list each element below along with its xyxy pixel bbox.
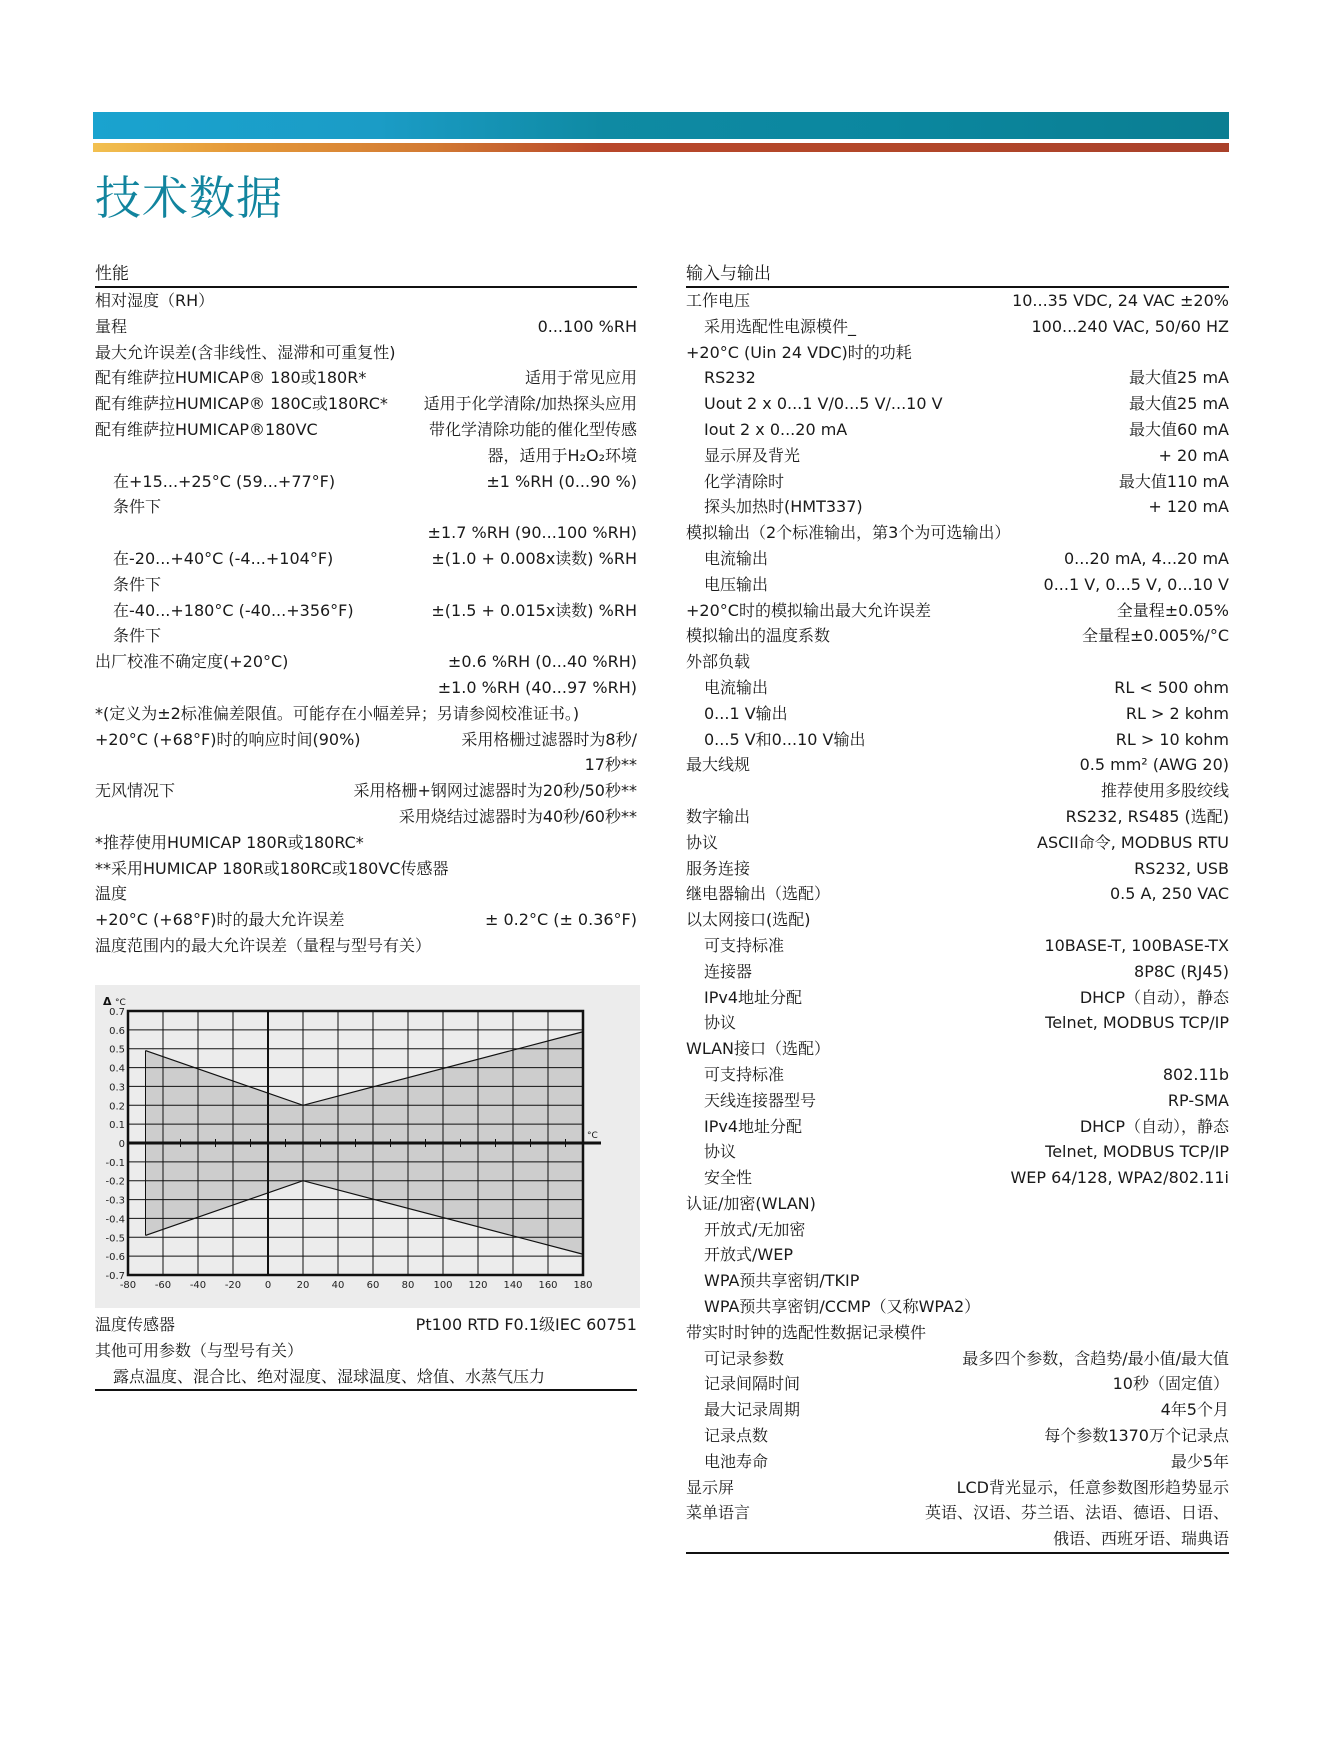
spec-value: RL < 500 ohm <box>1114 675 1229 701</box>
spec-label: 记录点数 <box>686 1423 768 1449</box>
spec-row: 可记录参数最多四个参数，含趋势/最小值/最大值 <box>686 1346 1229 1372</box>
spec-row: 配有维萨拉HUMICAP®180VC带化学清除功能的催化型传感 <box>95 417 637 443</box>
spec-label: 无风情况下 <box>95 778 175 804</box>
spec-row: 条件下 <box>95 494 637 520</box>
spec-label: 连接器 <box>686 959 752 985</box>
svg-text:-0.4: -0.4 <box>105 1214 125 1225</box>
spec-label: 配有维萨拉HUMICAP®180VC <box>95 417 318 443</box>
spec-value: 英语、汉语、芬兰语、法语、德语、日语、 <box>925 1500 1229 1526</box>
sensor-spec-block: 温度传感器Pt100 RTD F0.1级IEC 60751其他可用参数（与型号有… <box>95 1312 637 1391</box>
spec-value: 0...1 V, 0...5 V, 0...10 V <box>1044 572 1229 598</box>
spec-label: 菜单语言 <box>686 1500 750 1526</box>
svg-text:160: 160 <box>538 1280 557 1291</box>
spec-value: 0.5 mm² (AWG 20) <box>1080 752 1229 778</box>
spec-label: WLAN接口（选配） <box>686 1036 830 1062</box>
spec-label: 开放式/无加密 <box>686 1217 805 1243</box>
svg-text:80: 80 <box>402 1280 415 1291</box>
spec-row: 显示屏LCD背光显示，任意参数图形趋势显示 <box>686 1475 1229 1501</box>
spec-row: 17秒** <box>95 752 637 778</box>
spec-value: 最多四个参数，含趋势/最小值/最大值 <box>962 1346 1229 1372</box>
spec-label: 相对湿度（RH） <box>95 288 214 314</box>
spec-label: 配有维萨拉HUMICAP® 180C或180RC* <box>95 391 388 417</box>
io-spec-list: 工作电压10...35 VDC, 24 VAC ±20%采用选配性电源模件_10… <box>686 288 1229 1554</box>
section-title-performance: 性能 <box>95 262 637 288</box>
spec-label: 条件下 <box>95 494 161 520</box>
spec-value: WEP 64/128, WPA2/802.11i <box>1010 1165 1229 1191</box>
svg-text:°C: °C <box>115 998 126 1008</box>
spec-value: 0.5 A, 250 VAC <box>1110 881 1229 907</box>
svg-text:-0.1: -0.1 <box>105 1158 125 1169</box>
spec-label: 露点温度、混合比、绝对湿度、湿球温度、焓值、水蒸气压力 <box>95 1364 545 1390</box>
spec-label: 协议 <box>686 830 718 856</box>
spec-row: 采用烧结过滤器时为40秒/60秒** <box>95 804 637 830</box>
spec-row: 工作电压10...35 VDC, 24 VAC ±20% <box>686 288 1229 314</box>
temperature-accuracy-chart: 0.70.60.50.40.30.20.10-0.1-0.2-0.3-0.4-0… <box>95 985 640 1308</box>
spec-row: +20°C (Uin 24 VDC)时的功耗 <box>686 340 1229 366</box>
spec-value: 0...100 %RH <box>538 314 637 340</box>
spec-row: ±1.0 %RH (40...97 %RH) <box>95 675 637 701</box>
spec-label: 温度范围内的最大允许误差（量程与型号有关） <box>95 933 431 959</box>
spec-value: RS232, USB <box>1134 856 1229 882</box>
spec-label: 开放式/WEP <box>686 1242 793 1268</box>
spec-label: *推荐使用HUMICAP 180R或180RC* <box>95 830 364 856</box>
spec-label: 电流输出 <box>686 675 768 701</box>
spec-row: 带实时时钟的选配性数据记录模件 <box>686 1320 1229 1346</box>
spec-value: ±1 %RH (0...90 %) <box>486 469 637 495</box>
spec-value: 带化学清除功能的催化型传感 <box>429 417 637 443</box>
spec-value: 10秒（固定值） <box>1113 1371 1229 1397</box>
svg-text:-0.2: -0.2 <box>105 1177 125 1188</box>
svg-text:-0.5: -0.5 <box>105 1233 125 1244</box>
spec-row: 俄语、西班牙语、瑞典语 <box>686 1526 1229 1552</box>
spec-label: WPA预共享密钥/TKIP <box>686 1268 859 1294</box>
spec-row: 0...5 V和0...10 V输出RL > 10 kohm <box>686 727 1229 753</box>
svg-text:-0.6: -0.6 <box>105 1252 125 1263</box>
spec-value: 最大值110 mA <box>1119 469 1229 495</box>
svg-text:0.2: 0.2 <box>109 1101 125 1112</box>
spec-row: 在-40...+180°C (-40...+356°F)±(1.5 + 0.01… <box>95 598 637 624</box>
spec-row: 外部负载 <box>686 649 1229 675</box>
spec-label: 电压输出 <box>686 572 768 598</box>
spec-label: 最大记录周期 <box>686 1397 800 1423</box>
spec-label: 条件下 <box>95 572 161 598</box>
spec-row: 电流输出0...20 mA, 4...20 mA <box>686 546 1229 572</box>
spec-value: DHCP（自动），静态 <box>1080 985 1229 1011</box>
spec-label: 其他可用参数（与型号有关） <box>95 1338 303 1364</box>
spec-row: WPA预共享密钥/TKIP <box>686 1268 1229 1294</box>
spec-value: 推荐使用多股绞线 <box>1101 778 1229 804</box>
spec-row: 配有维萨拉HUMICAP® 180C或180RC*适用于化学清除/加热探头应用 <box>95 391 637 417</box>
svg-text:60: 60 <box>367 1280 380 1291</box>
spec-value: 最大值25 mA <box>1129 391 1229 417</box>
spec-value: 100...240 VAC, 50/60 HZ <box>1031 314 1229 340</box>
spec-label: 0...5 V和0...10 V输出 <box>686 727 865 753</box>
svg-text:0.3: 0.3 <box>109 1082 125 1093</box>
spec-value: Pt100 RTD F0.1级IEC 60751 <box>416 1312 637 1338</box>
accuracy-chart-svg: 0.70.60.50.40.30.20.10-0.1-0.2-0.3-0.4-0… <box>95 985 640 1308</box>
spec-row: 配有维萨拉HUMICAP® 180或180R*适用于常见应用 <box>95 365 637 391</box>
spec-row: 菜单语言英语、汉语、芬兰语、法语、德语、日语、 <box>686 1500 1229 1526</box>
spec-row: 条件下 <box>95 623 637 649</box>
spec-value: ± 0.2°C (± 0.36°F) <box>485 907 637 933</box>
performance-spec-list: 相对湿度（RH）量程0...100 %RH最大允许误差(含非线性、湿滞和可重复性… <box>95 288 637 959</box>
section-title-io: 输入与输出 <box>686 262 1229 288</box>
spec-row: 最大记录周期4年5个月 <box>686 1397 1229 1423</box>
spec-value: 全量程±0.005%/°C <box>1082 623 1229 649</box>
spec-row: WLAN接口（选配） <box>686 1036 1229 1062</box>
spec-value: 采用格栅+钢网过滤器时为20秒/50秒** <box>353 778 637 804</box>
spec-label: 继电器输出（选配） <box>686 881 830 907</box>
spec-label: **采用HUMICAP 180R或180RC或180VC传感器 <box>95 856 448 882</box>
spec-row: 电池寿命最少5年 <box>686 1449 1229 1475</box>
spec-row: 协议Telnet, MODBUS TCP/IP <box>686 1139 1229 1165</box>
spec-label: 服务连接 <box>686 856 750 882</box>
spec-label: 在-40...+180°C (-40...+356°F) <box>95 598 354 624</box>
spec-label: IPv4地址分配 <box>686 1114 802 1140</box>
spec-label: 配有维萨拉HUMICAP® 180或180R* <box>95 365 366 391</box>
spec-row: 化学清除时最大值110 mA <box>686 469 1229 495</box>
spec-label: +20°C (+68°F)时的响应时间(90%) <box>95 727 361 753</box>
header-band-teal <box>93 112 1229 139</box>
spec-row: 电流输出RL < 500 ohm <box>686 675 1229 701</box>
spec-row: 显示屏及背光+ 20 mA <box>686 443 1229 469</box>
spec-row: +20°C (+68°F)时的响应时间(90%)采用格栅过滤器时为8秒/ <box>95 727 637 753</box>
spec-label: 工作电压 <box>686 288 750 314</box>
spec-value: 采用格栅过滤器时为8秒/ <box>461 727 637 753</box>
spec-row: 连接器8P8C (RJ45) <box>686 959 1229 985</box>
spec-value: 每个参数1370万个记录点 <box>1044 1423 1229 1449</box>
spec-row: 协议ASCII命令, MODBUS RTU <box>686 830 1229 856</box>
spec-row: 继电器输出（选配）0.5 A, 250 VAC <box>686 881 1229 907</box>
spec-row: 数字输出RS232, RS485 (选配) <box>686 804 1229 830</box>
spec-label: 显示屏及背光 <box>686 443 800 469</box>
spec-row: IPv4地址分配DHCP（自动），静态 <box>686 985 1229 1011</box>
spec-label: 温度传感器 <box>95 1312 175 1338</box>
spec-value: + 120 mA <box>1148 494 1229 520</box>
spec-label: 模拟输出的温度系数 <box>686 623 830 649</box>
spec-value: 最大值60 mA <box>1129 417 1229 443</box>
spec-label: 化学清除时 <box>686 469 784 495</box>
spec-row: 条件下 <box>95 572 637 598</box>
spec-value: 全量程±0.05% <box>1117 598 1229 624</box>
spec-value: Telnet, MODBUS TCP/IP <box>1045 1139 1229 1165</box>
svg-text:-0.3: -0.3 <box>105 1196 125 1207</box>
spec-value: 最少5年 <box>1171 1449 1229 1475</box>
spec-row: 天线连接器型号RP-SMA <box>686 1088 1229 1114</box>
svg-text:0: 0 <box>119 1139 125 1150</box>
spec-row: 认证/加密(WLAN) <box>686 1191 1229 1217</box>
spec-label: 数字输出 <box>686 804 750 830</box>
spec-row: 采用选配性电源模件_100...240 VAC, 50/60 HZ <box>686 314 1229 340</box>
performance-column: 性能 相对湿度（RH）量程0...100 %RH最大允许误差(含非线性、湿滞和可… <box>95 262 637 959</box>
spec-row: 开放式/无加密 <box>686 1217 1229 1243</box>
spec-row: 露点温度、混合比、绝对湿度、湿球温度、焓值、水蒸气压力 <box>95 1364 637 1390</box>
spec-label: 模拟输出（2个标准输出，第3个为可选输出） <box>686 520 1010 546</box>
spec-label: 协议 <box>686 1010 736 1036</box>
spec-row: 推荐使用多股绞线 <box>686 778 1229 804</box>
spec-value: ±(1.0 + 0.008x读数) %RH <box>431 546 637 572</box>
spec-label: RS232 <box>686 365 756 391</box>
spec-label: 可支持标准 <box>686 1062 784 1088</box>
spec-label: IPv4地址分配 <box>686 985 802 1011</box>
spec-row: 探头加热时(HMT337)+ 120 mA <box>686 494 1229 520</box>
spec-label: Iout 2 x 0...20 mA <box>686 417 847 443</box>
spec-label: *(定义为±2标准偏差限值。可能存在小幅差异；另请参阅校准证书。) <box>95 701 579 727</box>
spec-value: ±(1.5 + 0.015x读数) %RH <box>431 598 637 624</box>
spec-value: 俄语、西班牙语、瑞典语 <box>1053 1526 1229 1552</box>
spec-label: 以太网接口(选配) <box>686 907 811 933</box>
spec-label: 电流输出 <box>686 546 768 572</box>
spec-label: 带实时时钟的选配性数据记录模件 <box>686 1320 926 1346</box>
spec-label: 记录间隔时间 <box>686 1371 800 1397</box>
spec-label: 显示屏 <box>686 1475 734 1501</box>
spec-row: **采用HUMICAP 180R或180RC或180VC传感器 <box>95 856 637 882</box>
spec-row: Uout 2 x 0...1 V/0...5 V/...10 V最大值25 mA <box>686 391 1229 417</box>
spec-value: Telnet, MODBUS TCP/IP <box>1045 1010 1229 1036</box>
spec-label: +20°C (+68°F)时的最大允许误差 <box>95 907 344 933</box>
spec-row: WPA预共享密钥/CCMP（又称WPA2） <box>686 1294 1229 1320</box>
spec-value: RS232, RS485 (选配) <box>1066 804 1229 830</box>
svg-text:140: 140 <box>503 1280 522 1291</box>
io-column: 输入与输出 工作电压10...35 VDC, 24 VAC ±20%采用选配性电… <box>686 262 1229 1554</box>
spec-value: 17秒** <box>585 752 637 778</box>
svg-text:0.7: 0.7 <box>109 1007 125 1018</box>
spec-row: 可支持标准802.11b <box>686 1062 1229 1088</box>
svg-text:Δ: Δ <box>103 995 112 1008</box>
page-title: 技术数据 <box>95 168 283 228</box>
svg-text:0.4: 0.4 <box>109 1064 125 1075</box>
spec-label: 温度 <box>95 881 127 907</box>
spec-row: 记录间隔时间10秒（固定值） <box>686 1371 1229 1397</box>
spec-label: 电池寿命 <box>686 1449 768 1475</box>
spec-row: +20°C (+68°F)时的最大允许误差± 0.2°C (± 0.36°F) <box>95 907 637 933</box>
spec-row: 温度传感器Pt100 RTD F0.1级IEC 60751 <box>95 1312 637 1338</box>
svg-text:40: 40 <box>332 1280 345 1291</box>
spec-row: 相对湿度（RH） <box>95 288 637 314</box>
spec-row: Iout 2 x 0...20 mA最大值60 mA <box>686 417 1229 443</box>
spec-value: 适用于化学清除/加热探头应用 <box>424 391 637 417</box>
spec-label: WPA预共享密钥/CCMP（又称WPA2） <box>686 1294 980 1320</box>
svg-text:-20: -20 <box>225 1280 241 1291</box>
spec-label: 可记录参数 <box>686 1346 784 1372</box>
spec-value: ±1.0 %RH (40...97 %RH) <box>438 675 637 701</box>
spec-row: 模拟输出（2个标准输出，第3个为可选输出） <box>686 520 1229 546</box>
spec-row: 温度范围内的最大允许误差（量程与型号有关） <box>95 933 637 959</box>
spec-row: 电压输出0...1 V, 0...5 V, 0...10 V <box>686 572 1229 598</box>
spec-row: 最大允许误差(含非线性、湿滞和可重复性) <box>95 340 637 366</box>
spec-row: *(定义为±2标准偏差限值。可能存在小幅差异；另请参阅校准证书。) <box>95 701 637 727</box>
spec-label: Uout 2 x 0...1 V/0...5 V/...10 V <box>686 391 943 417</box>
spec-row: *推荐使用HUMICAP 180R或180RC* <box>95 830 637 856</box>
spec-value: 10BASE-T, 100BASE-TX <box>1044 933 1229 959</box>
spec-label: 最大允许误差(含非线性、湿滞和可重复性) <box>95 340 396 366</box>
spec-row: 在-20...+40°C (-4...+104°F)±(1.0 + 0.008x… <box>95 546 637 572</box>
spec-label: +20°C (Uin 24 VDC)时的功耗 <box>686 340 912 366</box>
spec-value: RL > 2 kohm <box>1126 701 1229 727</box>
spec-value: RL > 10 kohm <box>1116 727 1229 753</box>
spec-value: 802.11b <box>1163 1062 1229 1088</box>
spec-label: 在-20...+40°C (-4...+104°F) <box>95 546 333 572</box>
svg-text:°C: °C <box>587 1131 598 1141</box>
svg-text:-60: -60 <box>155 1280 171 1291</box>
svg-text:100: 100 <box>433 1280 452 1291</box>
spec-value: + 20 mA <box>1159 443 1229 469</box>
svg-text:120: 120 <box>468 1280 487 1291</box>
svg-text:0.1: 0.1 <box>109 1120 125 1131</box>
spec-label: 协议 <box>686 1139 736 1165</box>
spec-value: 适用于常见应用 <box>525 365 637 391</box>
svg-text:0: 0 <box>265 1280 271 1291</box>
spec-value: DHCP（自动），静态 <box>1080 1114 1229 1140</box>
spec-row: 无风情况下采用格栅+钢网过滤器时为20秒/50秒** <box>95 778 637 804</box>
spec-label: 量程 <box>95 314 127 340</box>
spec-value: 8P8C (RJ45) <box>1134 959 1229 985</box>
spec-row: 安全性WEP 64/128, WPA2/802.11i <box>686 1165 1229 1191</box>
spec-label: 天线连接器型号 <box>686 1088 816 1114</box>
spec-value: LCD背光显示，任意参数图形趋势显示 <box>957 1475 1229 1501</box>
spec-value: ±1.7 %RH (90...100 %RH) <box>428 520 637 546</box>
spec-label: +20°C时的模拟输出最大允许误差 <box>686 598 931 624</box>
spec-row: 服务连接RS232, USB <box>686 856 1229 882</box>
spec-row: 在+15...+25°C (59...+77°F)±1 %RH (0...90 … <box>95 469 637 495</box>
header-band-orange <box>93 143 1229 152</box>
spec-label: 0...1 V输出 <box>686 701 788 727</box>
spec-label: 可支持标准 <box>686 933 784 959</box>
svg-text:20: 20 <box>297 1280 310 1291</box>
spec-row: RS232最大值25 mA <box>686 365 1229 391</box>
spec-row: 开放式/WEP <box>686 1242 1229 1268</box>
spec-value: ±0.6 %RH (0...40 %RH) <box>448 649 637 675</box>
spec-row: 以太网接口(选配) <box>686 907 1229 933</box>
spec-row: 0...1 V输出RL > 2 kohm <box>686 701 1229 727</box>
svg-text:0.5: 0.5 <box>109 1045 125 1056</box>
spec-row: 最大线规0.5 mm² (AWG 20) <box>686 752 1229 778</box>
spec-label: 最大线规 <box>686 752 750 778</box>
spec-value: 采用烧结过滤器时为40秒/60秒** <box>399 804 637 830</box>
spec-value: 最大值25 mA <box>1129 365 1229 391</box>
spec-label: 外部负载 <box>686 649 750 675</box>
svg-text:-80: -80 <box>120 1280 136 1291</box>
svg-text:180: 180 <box>573 1280 592 1291</box>
spec-row: 模拟输出的温度系数全量程±0.005%/°C <box>686 623 1229 649</box>
spec-value: RP-SMA <box>1168 1088 1229 1114</box>
spec-row: 量程0...100 %RH <box>95 314 637 340</box>
spec-value: 器，适用于H₂O₂环境 <box>488 443 637 469</box>
spec-row: 协议Telnet, MODBUS TCP/IP <box>686 1010 1229 1036</box>
spec-row: 出厂校准不确定度(+20°C)±0.6 %RH (0...40 %RH) <box>95 649 637 675</box>
spec-label: 采用选配性电源模件_ <box>686 314 856 340</box>
spec-label: 出厂校准不确定度(+20°C) <box>95 649 288 675</box>
spec-value: 10...35 VDC, 24 VAC ±20% <box>1012 288 1229 314</box>
spec-row: 器，适用于H₂O₂环境 <box>95 443 637 469</box>
spec-row: 可支持标准10BASE-T, 100BASE-TX <box>686 933 1229 959</box>
spec-row: IPv4地址分配DHCP（自动），静态 <box>686 1114 1229 1140</box>
sensor-spec-list: 温度传感器Pt100 RTD F0.1级IEC 60751其他可用参数（与型号有… <box>95 1312 637 1391</box>
spec-row: +20°C时的模拟输出最大允许误差全量程±0.05% <box>686 598 1229 624</box>
spec-value: 4年5个月 <box>1161 1397 1229 1423</box>
spec-label: 探头加热时(HMT337) <box>686 494 863 520</box>
spec-row: ±1.7 %RH (90...100 %RH) <box>95 520 637 546</box>
svg-text:-40: -40 <box>190 1280 206 1291</box>
spec-row: 温度 <box>95 881 637 907</box>
spec-label: 认证/加密(WLAN) <box>686 1191 816 1217</box>
spec-row: 记录点数每个参数1370万个记录点 <box>686 1423 1229 1449</box>
spec-row: 其他可用参数（与型号有关） <box>95 1338 637 1364</box>
svg-text:0.6: 0.6 <box>109 1026 125 1037</box>
spec-value: 0...20 mA, 4...20 mA <box>1064 546 1229 572</box>
spec-label: 在+15...+25°C (59...+77°F) <box>95 469 335 495</box>
spec-label: 安全性 <box>686 1165 752 1191</box>
spec-value: ASCII命令, MODBUS RTU <box>1037 830 1229 856</box>
spec-label: 条件下 <box>95 623 161 649</box>
